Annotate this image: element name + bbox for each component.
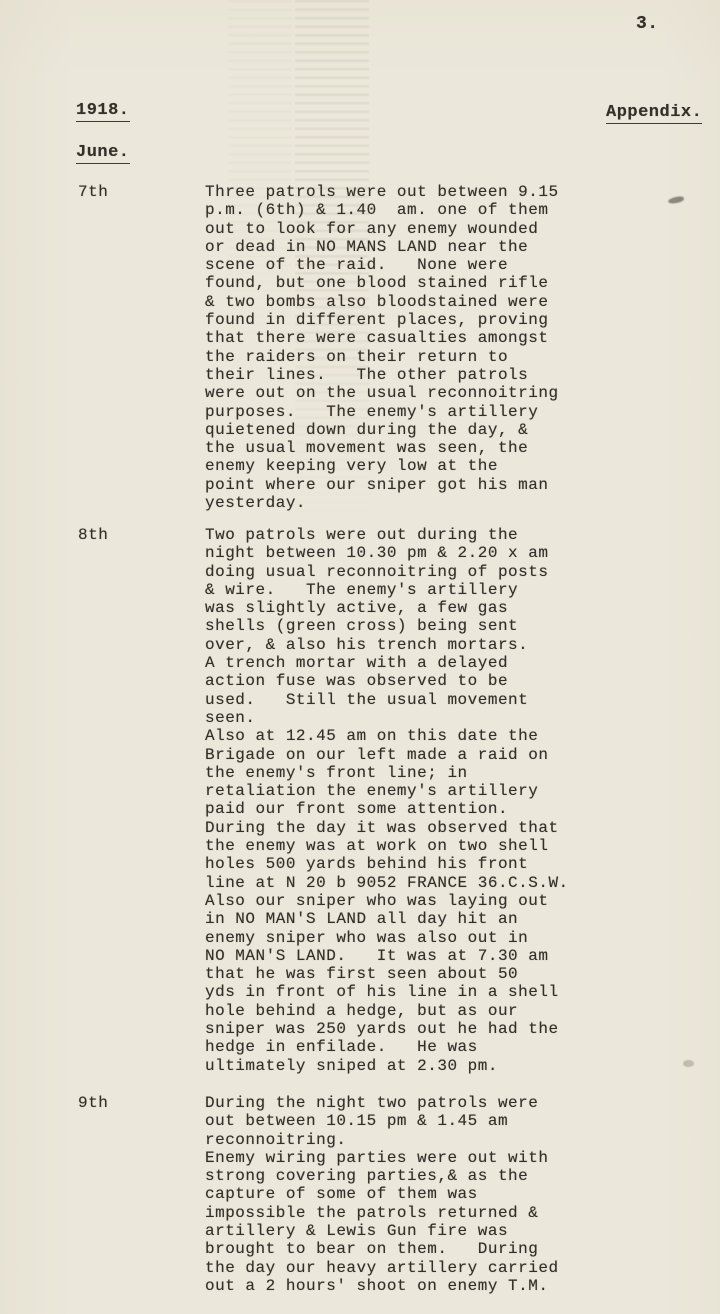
entry-text: During the night two patrols were out be… xyxy=(205,1094,597,1295)
month-heading: June. xyxy=(76,144,130,164)
document-page: 3. 1918. Appendix. June. 7th Three patro… xyxy=(0,0,720,1314)
entry-date: 8th xyxy=(78,526,108,544)
entry-text: Three patrols were out between 9.15 p.m.… xyxy=(205,183,597,512)
ink-smudge xyxy=(668,196,685,205)
entry-date: 7th xyxy=(78,183,108,201)
entry-date: 9th xyxy=(78,1094,108,1112)
year-heading: 1918. xyxy=(76,102,130,122)
page-number: 3. xyxy=(636,15,659,33)
entry-text: Two patrols were out during the night be… xyxy=(205,526,597,1075)
appendix-heading: Appendix. xyxy=(606,104,702,124)
ink-smudge-faint xyxy=(683,1060,694,1067)
